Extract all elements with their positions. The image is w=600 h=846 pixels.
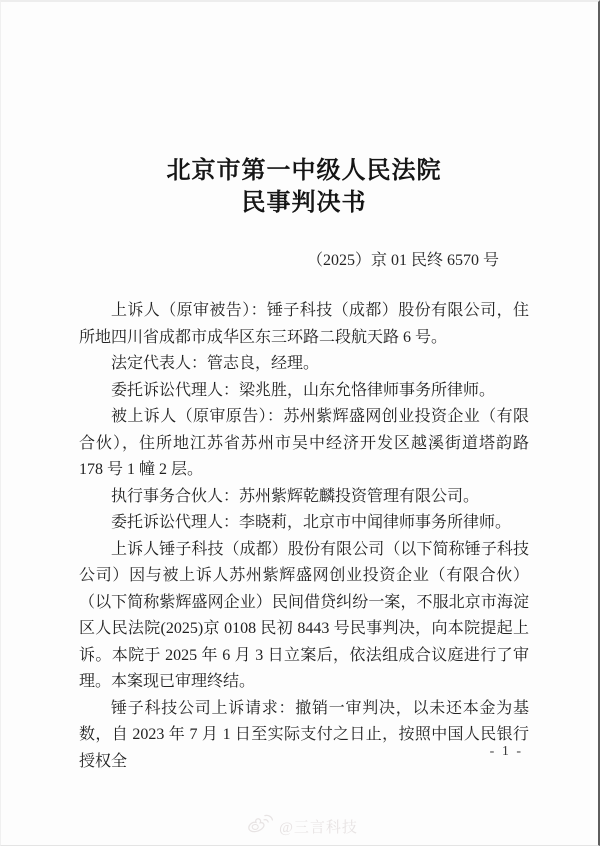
paragraph-appeal-request: 锤子科技公司上诉请求：撤销一审判决，以未还本金为基数，自 2023 年 7 月 … [79, 696, 529, 776]
watermark-handle: @三言科技 [279, 816, 358, 837]
paragraph-legal-representative: 法定代表人：管志良，经理。 [79, 351, 529, 378]
court-name: 北京市第一中级人民法院 [79, 156, 529, 187]
paragraph-appellant-attorney: 委托诉讼代理人：梁兆胜，山东允恪律师事务所律师。 [79, 378, 529, 405]
paragraph-appellant: 上诉人（原审被告）：锤子科技（成都）股份有限公司，住所地四川省成都市成华区东三环… [79, 298, 529, 351]
paragraph-appellee: 被上诉人（原审原告）：苏州紫辉盛网创业投资企业（有限合伙），住所地江苏省苏州市吴… [79, 404, 529, 484]
case-number: （2025）京 01 民终 6570 号 [79, 247, 529, 270]
document-type-title: 民事判决书 [79, 188, 529, 219]
judgment-body: 上诉人（原审被告）：锤子科技（成都）股份有限公司，住所地四川省成都市成华区东三环… [79, 298, 529, 775]
weibo-icon [244, 814, 276, 838]
paragraph-appellee-attorney: 委托诉讼代理人：李晓莉，北京市中闻律师事务所律师。 [79, 510, 529, 537]
paragraph-executive-partner: 执行事务合伙人：苏州紫辉乾麟投资管理有限公司。 [79, 484, 529, 511]
paragraph-case-summary: 上诉人锤子科技（成都）股份有限公司（以下简称锤子科技公司）因与被上诉人苏州紫辉盛… [79, 537, 529, 696]
page-number: - 1 - [490, 744, 523, 760]
watermark: @三言科技 [1, 814, 600, 838]
judgment-page: 北京市第一中级人民法院 民事判决书 （2025）京 01 民终 6570 号 上… [0, 0, 600, 846]
